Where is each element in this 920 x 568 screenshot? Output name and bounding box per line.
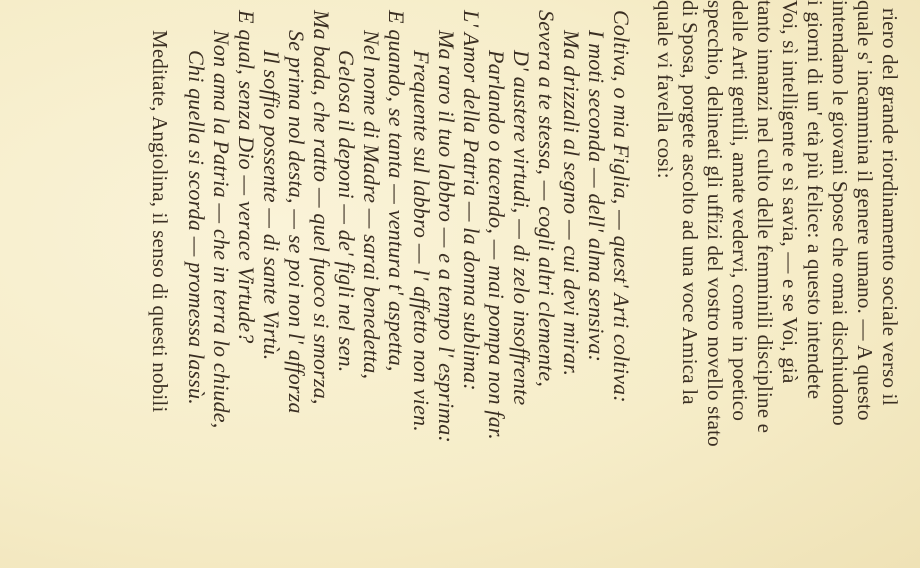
prose-line: delle Arti gentili, amate vedervi, come … xyxy=(729,0,750,421)
poem-line: Ma bada, che ratto — quel fuoco si smorz… xyxy=(310,10,332,405)
prose-line: tanto innanzi nel culto delle femminili … xyxy=(754,0,775,433)
poem-line: L' Amor della Patria — la donna sublima: xyxy=(460,10,482,391)
prose-line: riero del grande riordinamento sociale v… xyxy=(879,8,900,406)
scanned-page: riero del grande riordinamento sociale v… xyxy=(0,0,920,568)
poem-line: E qual, senza Dio — verace Virtude? xyxy=(235,10,257,343)
prose-line: quale s' incammina il genere umano. — A … xyxy=(854,0,875,421)
poem-line: E quando, se tanta — ventura t' aspetta, xyxy=(385,10,407,372)
poem-line: Ma drizzali al segno — cui devi mirar. xyxy=(560,30,582,376)
poem-line: D' austere virtudi, — di zelo insoffrent… xyxy=(510,50,532,405)
poem-line: Nel nome di Madre — sarai benedetta, xyxy=(360,30,382,379)
poem-line: Ma raro il tuo labbro — e a tempo l' esp… xyxy=(435,30,457,443)
prose-line: Voi, sì intelligente e sì savia, — e se … xyxy=(779,0,800,383)
poem-line: Frequente sul labbro — l' affetto non vi… xyxy=(410,50,432,432)
prose-line: di Sposa, porgete ascolto ad una voce Am… xyxy=(679,0,700,405)
prose-line: i giorni di un' età più felice: a questo… xyxy=(804,0,825,399)
poem-line: Coltiva, o mia Figlia, — quest' Arti col… xyxy=(610,10,632,403)
prose-line: intendano le giovani Spose che omai disc… xyxy=(829,0,850,426)
prose-line: specchio, delineati gli uffizi del vostr… xyxy=(704,0,725,447)
poem-line: I moti seconda — dell' alma sensiva: xyxy=(585,30,607,362)
poem-line: Non ama la Patria — che in terra lo chiu… xyxy=(210,30,232,428)
prose-line: quale vi favella così: xyxy=(654,0,675,179)
poem-line: Il soffio possente — di sante Virtù. xyxy=(260,50,282,361)
poem-line: Se prima nol desta, — se poi non l' affo… xyxy=(285,30,307,414)
prose-line: Meditate, Angiolina, il senso di questi … xyxy=(149,30,170,413)
poem-line: Parlando o tacendo, — mai pompa non far. xyxy=(485,50,507,440)
poem-line: Chi quella si scorda — promessa lassù. xyxy=(185,50,207,405)
poem-line: Gelosa il deponi — de' figli nel sen. xyxy=(335,50,357,373)
rotated-text-block: riero del grande riordinamento sociale v… xyxy=(0,0,920,568)
poem-line: Severa a te stessa, — cogli altri clemen… xyxy=(535,10,557,387)
